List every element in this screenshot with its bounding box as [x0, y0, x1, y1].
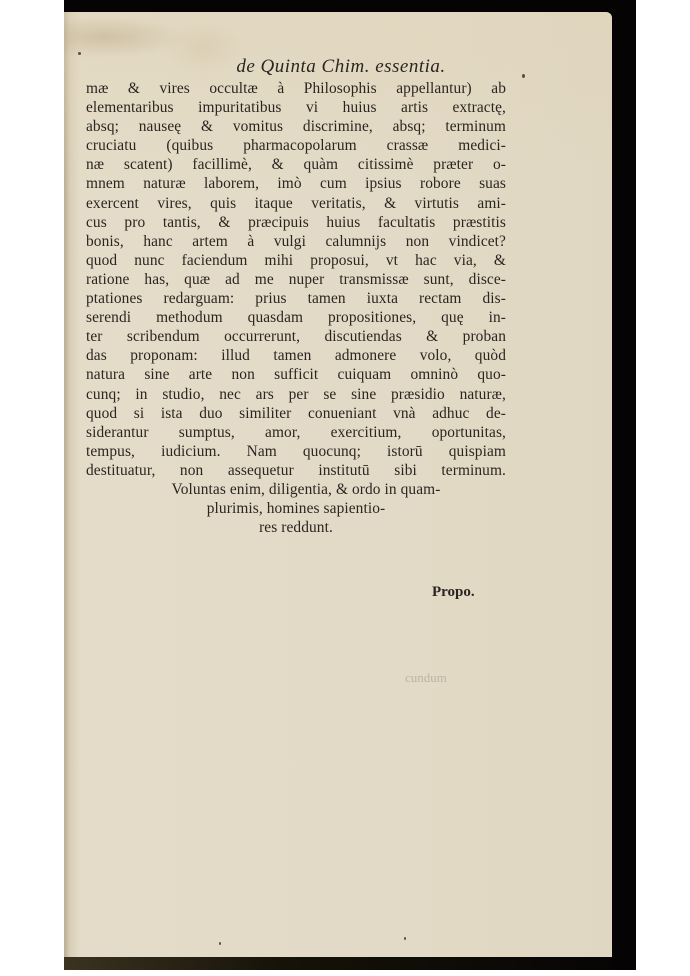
text-line: tempus, iudicium. Nam quocunq; istorū qu…: [86, 442, 506, 461]
text-line: mnem naturæ laborem, imò cum ipsius robo…: [86, 174, 506, 193]
text-line: natura sine arte non sufficit cuiquam om…: [86, 365, 506, 384]
text-line: elementaribus impuritatibus vi huius art…: [86, 98, 506, 117]
paper-speck: [522, 74, 525, 78]
text-line: næ scatent) facillimè, & quàm citissimè …: [86, 155, 506, 174]
text-line: mæ & vires occultæ à Philosophis appella…: [86, 79, 506, 98]
closing-line: res reddunt.: [86, 518, 506, 537]
text-line: cunq; in studio, nec ars per se sine præ…: [86, 385, 506, 404]
text-line: destituatur, non assequetur institutū si…: [86, 461, 506, 480]
text-line: siderantur sumptus, amor, exercitium, op…: [86, 423, 506, 442]
text-line: exercent vires, quis itaque veritatis, &…: [86, 194, 506, 213]
text-line: cruciatu (quibus pharmacopolarum crassæ …: [86, 136, 506, 155]
text-line: ter scribendum occurrerunt, discutiendas…: [86, 327, 506, 346]
text-line: absq; nauseę & vomitus discrimine, absq;…: [86, 117, 506, 136]
text-line: ratione has, quæ ad me nuper transmissæ …: [86, 270, 506, 289]
text-line: ptationes redarguam: prius tamen iuxta r…: [86, 289, 506, 308]
page-text: de Quinta Chim. essentia. mæ & vires occ…: [86, 56, 506, 537]
closing-line: Voluntas enim, diligentia, & ordo in qua…: [86, 480, 506, 499]
running-head: de Quinta Chim. essentia.: [86, 56, 506, 78]
paper-speck: [404, 937, 406, 940]
text-line: serendi methodum quasdam propositiones, …: [86, 308, 506, 327]
page-bottom-edge: [64, 957, 612, 970]
text-line: cus pro tantis, & præcipuis huius facult…: [86, 213, 506, 232]
closing-line: plurimis, homines sapientio-: [86, 499, 506, 518]
text-line: das proponam: illud tamen admonere volo,…: [86, 346, 506, 365]
show-through-text: cundum: [405, 670, 447, 686]
catchword: Propo.: [432, 584, 475, 601]
text-line: quod si ista duo similiter conueniant vn…: [86, 404, 506, 423]
paper-speck: [219, 942, 221, 945]
paper-speck: [78, 52, 81, 55]
text-line: quod nunc faciendum mihi proposui, vt ha…: [86, 251, 506, 270]
text-line: bonis, hanc artem à vulgi calumnijs non …: [86, 232, 506, 251]
